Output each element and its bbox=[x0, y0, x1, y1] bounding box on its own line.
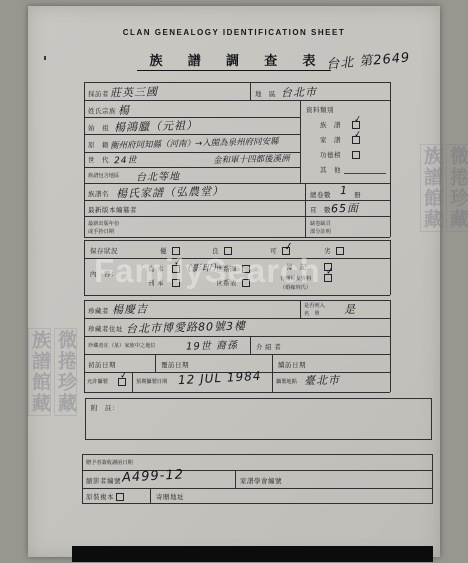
position-label: 珍藏者在（某）家族中之地位 bbox=[88, 342, 155, 349]
rule bbox=[272, 372, 273, 392]
content-bio-label: 傳 記 bbox=[286, 262, 307, 271]
condition-good-checkbox[interactable] bbox=[224, 247, 232, 255]
book-title-value-handwriting: 楊氏家譜（弘農堂） bbox=[116, 183, 224, 202]
origin-value-line1-handwriting: 衡州府同知縣（河南）→入閩為泉州府同安縣 bbox=[110, 135, 279, 151]
rule bbox=[132, 372, 133, 392]
rule bbox=[84, 167, 300, 168]
content-chart-label: 世系圖 bbox=[216, 264, 237, 273]
founder-value-handwriting: 楊鴻臘（元祖） bbox=[114, 117, 198, 135]
content-chart-checkbox[interactable] bbox=[242, 265, 250, 273]
rule bbox=[155, 354, 156, 372]
missing-label-line2: 部分註明 bbox=[310, 228, 331, 235]
rule bbox=[82, 488, 433, 489]
second-visit-label: 覆訪日期 bbox=[161, 360, 189, 369]
film-date-label: 預期攝製日期 bbox=[136, 378, 167, 385]
content-table-checkbox[interactable] bbox=[242, 279, 250, 287]
rule bbox=[150, 488, 151, 503]
owner-label: 珍藏者 bbox=[88, 306, 109, 315]
rule bbox=[82, 454, 83, 503]
owner-value-handwriting: 楊慶吉 bbox=[112, 301, 148, 318]
category-other-blank-line bbox=[344, 173, 386, 174]
generations-value-handwriting: 24世 bbox=[114, 153, 138, 167]
content-print-label: 刊 本 bbox=[148, 278, 164, 287]
rule bbox=[84, 392, 390, 393]
film-permit-checkmark: ✓ bbox=[119, 371, 128, 382]
rule bbox=[82, 503, 433, 504]
category-item-gongdebang-checkbox[interactable] bbox=[352, 151, 360, 159]
first-visit-label: 初訪日期 bbox=[88, 360, 116, 369]
rule bbox=[235, 470, 236, 488]
content-women-note: （婚嫁姓氏） bbox=[280, 284, 311, 291]
address-label: 珍藏者住址 bbox=[88, 324, 123, 333]
condition-fair-checkmark: ✓ bbox=[283, 239, 294, 253]
rule bbox=[84, 216, 390, 217]
category-item-gongdebang-label: 功德榜 bbox=[320, 150, 341, 159]
rule bbox=[84, 258, 390, 259]
clan-label: 姓氏宗族 bbox=[88, 106, 116, 115]
pubyear-label-line2: 或手抄日期 bbox=[88, 228, 114, 235]
rule bbox=[272, 354, 273, 372]
watermark-stamp-right-col1: 族譜館藏 bbox=[420, 144, 443, 232]
area-label: 地 區 bbox=[255, 89, 276, 98]
rule bbox=[84, 82, 85, 237]
condition-good-label: 良 bbox=[212, 246, 219, 255]
rule bbox=[250, 82, 251, 100]
pubyear-label-line1: 最新出版年份 bbox=[88, 220, 119, 227]
category-title: 資料類別 bbox=[306, 105, 334, 114]
receipt-date-label: 贈予者簽收謝函日期 bbox=[86, 459, 133, 466]
content-women-checkmark: ✓ bbox=[325, 267, 334, 278]
rule bbox=[84, 82, 390, 83]
pages-label: 頁 數 bbox=[310, 205, 331, 214]
notes-label: 附 註： bbox=[91, 403, 119, 412]
form-eyebrow: CLAN GENEALOGY IDENTIFICATION SHEET bbox=[28, 28, 440, 37]
rule bbox=[84, 100, 390, 101]
category-item-jiapu-label: 家 譜 bbox=[320, 135, 341, 144]
book-title-label: 族譜名 bbox=[88, 189, 109, 198]
founder-label: 始 祖 bbox=[88, 123, 109, 132]
film-permit-label: 允許攝製 bbox=[87, 378, 108, 385]
area-value-handwriting: 台北市 bbox=[281, 84, 317, 101]
rule bbox=[84, 240, 85, 295]
film-number-value-handwriting: A499-12 bbox=[122, 467, 185, 485]
society-number-label: 家譜學會編號 bbox=[240, 476, 282, 485]
condition-poor-checkbox[interactable] bbox=[336, 247, 344, 255]
rule bbox=[84, 354, 390, 355]
rule bbox=[300, 300, 301, 318]
rule bbox=[84, 300, 85, 392]
content-label: 內 容： bbox=[90, 269, 118, 278]
rule bbox=[82, 454, 433, 455]
third-visit-label: 續訪日期 bbox=[278, 360, 306, 369]
rule bbox=[305, 183, 306, 237]
rule bbox=[390, 240, 391, 295]
listed-label-line1: 是否列入 bbox=[304, 302, 325, 309]
send-address-label: 寄贈地址 bbox=[156, 492, 184, 501]
notes-box bbox=[85, 398, 432, 440]
generations-label: 世 代 bbox=[88, 155, 109, 164]
content-women-label: 有關婦女資料 bbox=[280, 275, 311, 282]
rule bbox=[300, 100, 301, 183]
introducer-label: 介 紹 者 bbox=[256, 342, 281, 351]
content-table-label: 世系表 bbox=[216, 278, 237, 287]
rule bbox=[390, 82, 391, 237]
category-item-zupu-checkmark: ✓ bbox=[353, 115, 362, 126]
scan-black-bar bbox=[72, 546, 433, 562]
film-date-value-handwriting: 12 JUL 1984 bbox=[178, 369, 262, 387]
origin-value-line2-handwriting: 金和軍十四都後溪洲 bbox=[213, 152, 290, 166]
condition-excellent-label: 優 bbox=[160, 246, 167, 255]
rule bbox=[250, 336, 251, 354]
pages-value-handwriting: 65面 bbox=[331, 200, 359, 217]
surveyor-value-handwriting: 莊英三國 bbox=[110, 83, 158, 100]
volumes-unit-label: 冊 bbox=[354, 190, 361, 199]
rule bbox=[84, 240, 390, 241]
origin-label: 原 籍 bbox=[88, 140, 109, 149]
rule bbox=[84, 237, 390, 238]
watermark-stamp-right-col2: 微捲珍藏 bbox=[446, 144, 468, 232]
watermark-stamp-left-col1: 族譜館藏 bbox=[28, 328, 51, 416]
content-manuscript-checkmark: ✓ bbox=[173, 258, 182, 269]
category-item-jiapu-checkmark: ✓ bbox=[353, 130, 362, 141]
category-item-zupu-label: 族 譜 bbox=[320, 120, 341, 129]
volumes-label: 總卷數 bbox=[310, 190, 331, 199]
category-item-other-label: 其 他 bbox=[320, 165, 341, 174]
condition-fair-label: 可 bbox=[270, 246, 277, 255]
missing-label-line1: 缺卷缺頁 bbox=[310, 220, 331, 227]
condition-excellent-checkbox[interactable] bbox=[172, 247, 180, 255]
content-print-checkbox[interactable] bbox=[172, 279, 180, 287]
original-copy-checkbox[interactable] bbox=[116, 493, 124, 501]
rule bbox=[84, 295, 390, 296]
rule bbox=[432, 454, 433, 503]
condition-poor-label: 劣 bbox=[324, 246, 331, 255]
watermark-stamp-right: 族譜館藏 微捲珍藏 bbox=[420, 144, 468, 232]
rule bbox=[390, 300, 391, 392]
film-number-label: 縮影者編號 bbox=[86, 476, 121, 485]
film-place-value-handwriting: 臺北市 bbox=[304, 372, 340, 389]
region-value-handwriting: 台北等地 bbox=[136, 167, 180, 183]
clan-value-handwriting: 楊 bbox=[118, 102, 130, 118]
editor-label: 最新版本編纂者 bbox=[88, 205, 137, 214]
region-label: 族譜包含地區 bbox=[88, 172, 119, 179]
position-value-handwriting: 19世 裔孫 bbox=[186, 336, 238, 352]
content-manuscript-label: 寫 本 bbox=[148, 264, 164, 273]
volumes-value-handwriting: 1 bbox=[340, 184, 348, 197]
listed-label-line2: 名 單 bbox=[304, 310, 320, 317]
surveyor-label: 採訪者 bbox=[88, 89, 109, 98]
film-place-label: 攝製地點 bbox=[276, 378, 297, 385]
scanned-form-sheet: CLAN GENEALOGY IDENTIFICATION SHEET 族 譜 … bbox=[28, 6, 440, 557]
watermark-stamp-left-col2: 微捲珍藏 bbox=[54, 328, 77, 416]
condition-label: 保存狀況 bbox=[90, 246, 118, 255]
form-title-text: 族 譜 調 查 表 bbox=[137, 53, 330, 71]
address-value-handwriting: 台北市博愛路80號3樓 bbox=[126, 317, 246, 336]
original-copy-label: 原裝複本 bbox=[86, 492, 114, 501]
listed-value-handwriting: 是 bbox=[344, 301, 356, 317]
